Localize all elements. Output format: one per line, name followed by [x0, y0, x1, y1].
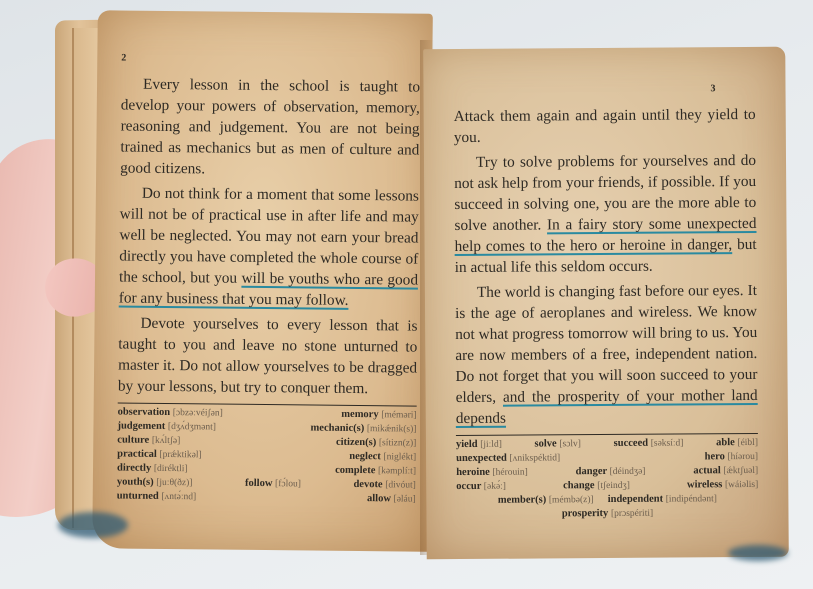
paragraph: The world is changing fast before our ey… [455, 280, 758, 429]
paragraph: Every lesson in the school is taught to … [120, 74, 420, 182]
paragraph: Attack them again and again until they y… [454, 104, 756, 148]
underlined-text: and the prosperity of your mother land d… [456, 387, 758, 427]
vocab-row: unturned [ʌntə́ːnd]allow [əláu] [117, 489, 416, 506]
vocab-row: prosperity [prɔspériti] [456, 506, 758, 522]
ink-stain [728, 545, 788, 561]
right-page: 3 Attack them again and again until they… [423, 47, 789, 560]
ink-stain [58, 512, 128, 538]
page-number: 2 [121, 53, 420, 67]
page-number: 3 [453, 83, 715, 96]
paragraph: Do not think for a moment that some less… [119, 183, 419, 312]
vocabulary-list: observation [ɔbzəːvéiʃən]memory [méməri]… [117, 405, 417, 506]
paragraph: Devote yourselves to every lesson that i… [118, 312, 418, 399]
left-page: 2 Every lesson in the school is taught t… [92, 10, 433, 551]
paragraph: Try to solve problems for yourselves and… [454, 150, 757, 278]
vocab-row: member(s) [mémbə(z)]independent [indipén… [456, 492, 758, 508]
vocabulary-list: yield [jiːld]solve [sɔlv]succeed [səksíː… [456, 436, 759, 522]
